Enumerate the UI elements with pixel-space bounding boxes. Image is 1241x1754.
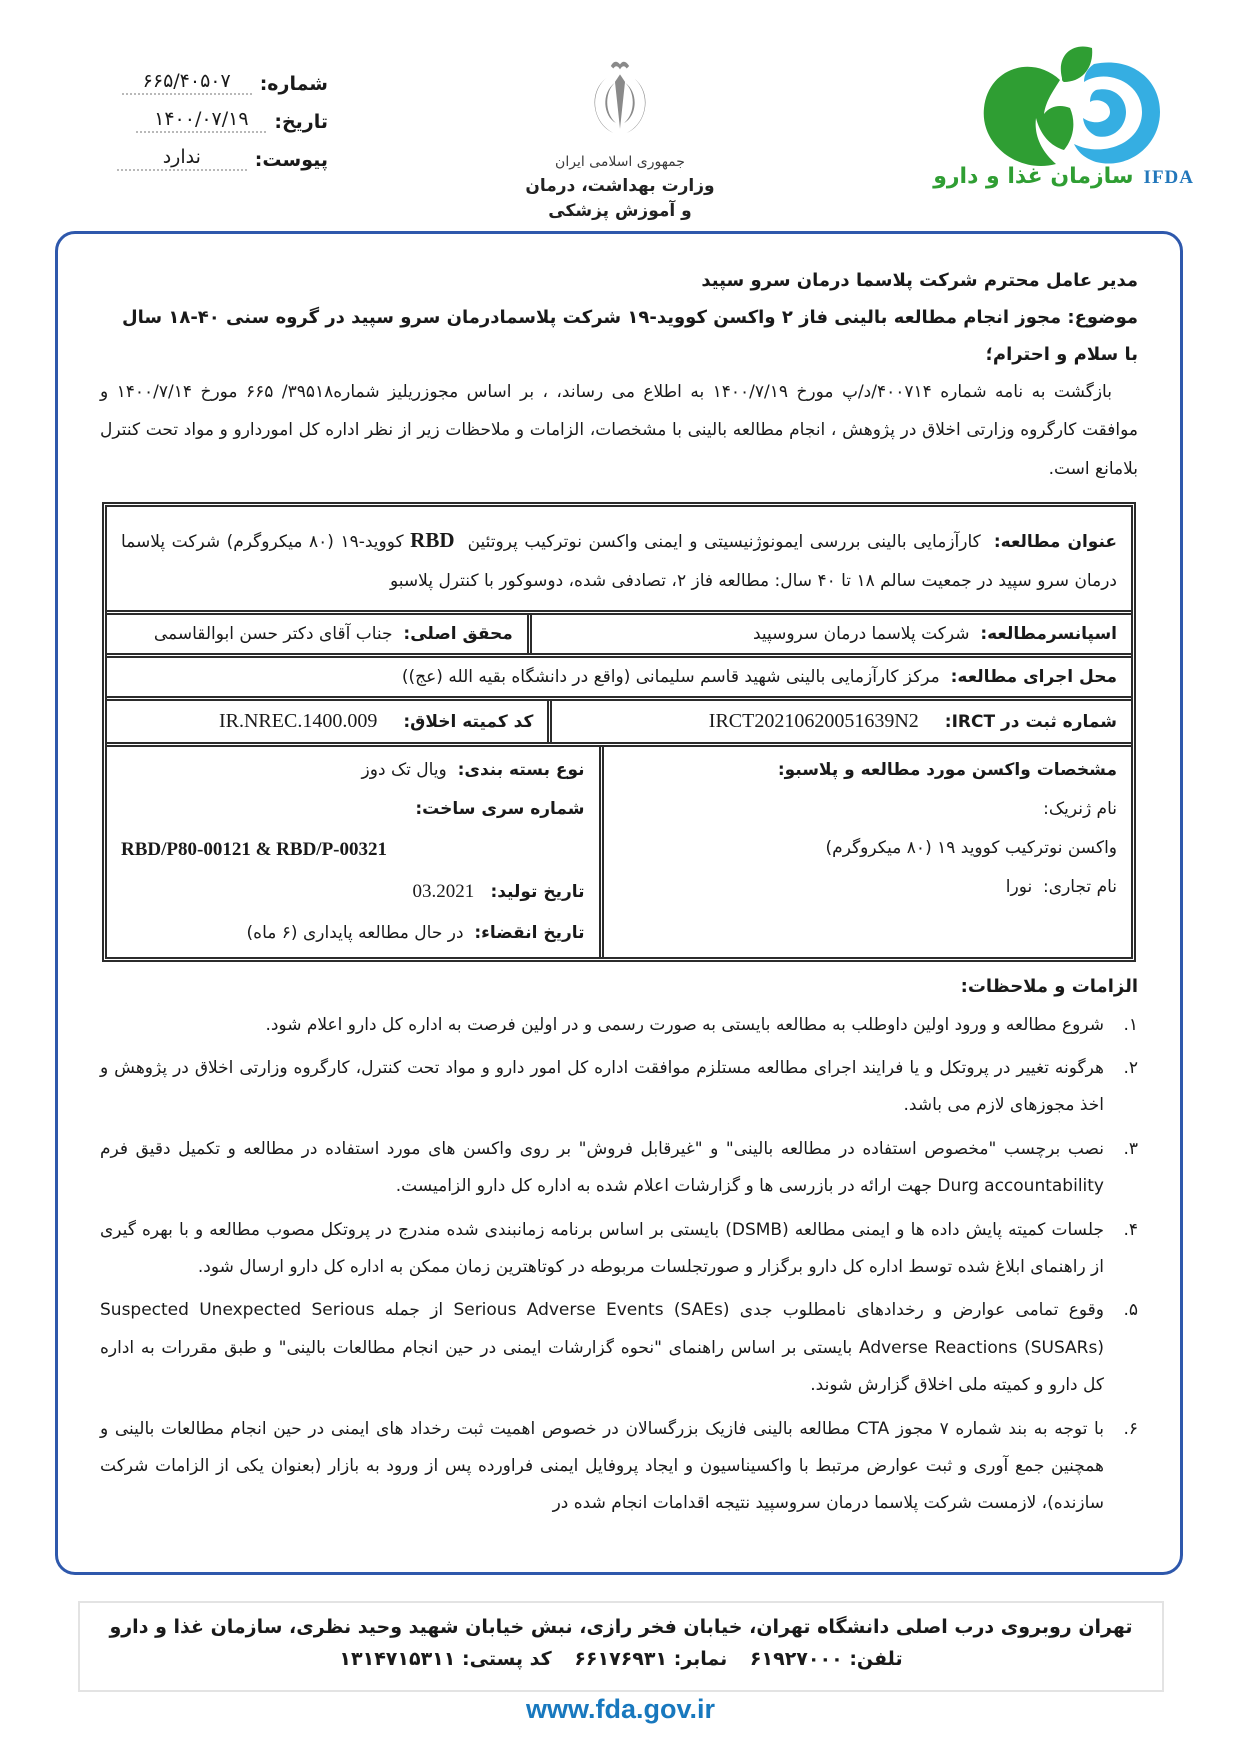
- fax-label: نمابر:: [674, 1648, 728, 1670]
- study-details-table: عنوان مطالعه: کارآزمایی بالینی بررسی ایم…: [102, 502, 1136, 962]
- fax-value: ۶۶۱۷۶۹۳۱: [574, 1648, 667, 1670]
- requirement-text: جلسات کمیته پایش داده ها و ایمنی مطالعه …: [100, 1212, 1104, 1287]
- footer-address-line: تهران روبروی درب اصلی دانشگاه تهران، خیا…: [80, 1616, 1162, 1638]
- postal-code-label: کد پستی:: [462, 1648, 552, 1670]
- requirement-text: وقوع تمامی عوارض و رخدادهای نامطلوب جدی …: [100, 1292, 1104, 1404]
- ministry-header: جمهوری اسلامی ایران وزارت بهداشت، درمان …: [488, 56, 752, 223]
- letter-attachment-value: ندارد: [117, 146, 247, 171]
- ifda-fa-name: سازمان غذا و دارو: [933, 164, 1133, 189]
- letter-opening-paragraph: بازگشت به نامه شماره ۴۰۰۷۱۴/د/پ مورخ ۱۴۰…: [100, 373, 1138, 488]
- ministry-name-line2: و آموزش پزشکی: [488, 199, 752, 224]
- sponsor-cell: اسپانسرمطالعه: شرکت پلاسما درمان سروسپید: [527, 615, 1131, 653]
- package-type-label: نوع بسته بندی:: [458, 760, 585, 780]
- irct-cell: شماره ثبت در IRCT: IRCT20210620051639N2: [547, 701, 1131, 742]
- vaccine-specs-title: مشخصات واکسن مورد مطالعه و پلاسبو:: [618, 756, 1117, 785]
- letter-number-line: شماره: ۶۶۵/۴۰۵۰۷: [78, 70, 328, 95]
- study-title-text-1: کارآزمایی بالینی بررسی ایمونوژنیسیتی و ا…: [468, 532, 981, 552]
- sponsor-pi-row: اسپانسرمطالعه: شرکت پلاسما درمان سروسپید…: [107, 610, 1131, 653]
- footer-address-box: تهران روبروی درب اصلی دانشگاه تهران، خیا…: [78, 1601, 1164, 1692]
- letter-number-value: ۶۶۵/۴۰۵۰۷: [122, 70, 252, 95]
- letter-number-label: شماره:: [260, 73, 328, 95]
- study-site-value: مرکز کارآزمایی بالینی شهید قاسم سلیمانی …: [402, 667, 940, 687]
- requirement-text: هرگونه تغییر در پروتکل و یا فرایند اجرای…: [100, 1050, 1104, 1125]
- sponsor-label: اسپانسرمطالعه:: [980, 624, 1117, 644]
- irct-label: شماره ثبت در IRCT:: [945, 712, 1117, 732]
- brand-name-label: نام تجاری:: [1043, 877, 1117, 897]
- letter-date-line: تاریخ: ۱۴۰۰/۰۷/۱۹: [78, 108, 328, 133]
- batch-number-value: RBD/P80-00121 & RBD/P-00321: [121, 834, 585, 866]
- recipient-line: مدیر عامل محترم شرکت پلاسما درمان سرو سپ…: [100, 270, 1138, 291]
- postal-code-value: ۱۳۱۴۷۱۵۳۱۱: [339, 1648, 455, 1670]
- ethics-code-value: IR.NREC.1400.009: [219, 710, 377, 733]
- letter-date-label: تاریخ:: [274, 111, 328, 133]
- ifda-logo-block: سازمان غذا و دارو IFDA: [838, 46, 1198, 189]
- phone-label: تلفن:: [849, 1648, 902, 1670]
- fda-website-link[interactable]: www.fda.gov.ir: [0, 1694, 1241, 1725]
- iran-emblem-icon: [578, 56, 662, 148]
- generic-name-value: واکسن نوترکیب کووید ۱۹ (۸۰ میکروگرم): [618, 834, 1117, 863]
- production-date-value: 03.2021: [412, 881, 474, 902]
- requirement-number: ۵.: [1104, 1292, 1138, 1404]
- brand-name-value: نورا: [1006, 877, 1032, 897]
- production-date-label: تاریخ تولید:: [490, 882, 584, 902]
- study-title-label: عنوان مطالعه:: [994, 532, 1117, 552]
- requirement-item-2: ۲. هرگونه تغییر در پروتکل و یا فرایند اج…: [100, 1050, 1138, 1125]
- ethics-code-label: کد کمیته اخلاق:: [403, 712, 533, 732]
- letter-body-box: مدیر عامل محترم شرکت پلاسما درمان سرو سپ…: [55, 231, 1183, 1575]
- requirement-item-4: ۴. جلسات کمیته پایش داده ها و ایمنی مطال…: [100, 1212, 1138, 1287]
- requirements-heading: الزامات و ملاحظات:: [100, 976, 1138, 997]
- batch-number-label: شماره سری ساخت:: [121, 795, 585, 824]
- letter-date-value: ۱۴۰۰/۰۷/۱۹: [136, 108, 266, 133]
- subject-line: موضوع: مجوز انجام مطالعه بالینی فاز ۲ وا…: [100, 307, 1138, 328]
- ministry-name-line1: وزارت بهداشت، درمان: [488, 174, 752, 199]
- requirement-number: ۴.: [1104, 1212, 1138, 1287]
- phone-value: ۶۱۹۲۷۰۰۰: [750, 1648, 843, 1670]
- principal-investigator-cell: محقق اصلی: جناب آقای دکتر حسن ابوالقاسمی: [107, 615, 527, 653]
- requirement-number: ۱.: [1104, 1007, 1138, 1044]
- expiry-date-value: در حال مطالعه پایداری (۶ ماه): [247, 923, 464, 943]
- letter-meta: شماره: ۶۶۵/۴۰۵۰۷ تاریخ: ۱۴۰۰/۰۷/۱۹ پیوست…: [78, 70, 328, 184]
- footer-contact-line: تلفن: ۶۱۹۲۷۰۰۰ نمابر: ۶۶۱۷۶۹۳۱ کد پستی: …: [80, 1648, 1162, 1670]
- requirement-text: شروع مطالعه و ورود اولین داوطلب به مطالع…: [100, 1007, 1104, 1044]
- requirement-number: ۲.: [1104, 1050, 1138, 1125]
- ifda-acronym: IFDA: [1144, 167, 1194, 189]
- requirement-item-3: ۳. نصب برچسب "مخصوص استفاده در مطالعه با…: [100, 1131, 1138, 1206]
- expiry-date-label: تاریخ انقضاء:: [474, 923, 584, 943]
- registration-row: شماره ثبت در IRCT: IRCT20210620051639N2 …: [107, 696, 1131, 742]
- brand-name-line: نام تجاری: نورا: [618, 873, 1117, 902]
- package-type-line: نوع بسته بندی: ویال تک دوز: [121, 756, 585, 785]
- principal-investigator-value: جناب آقای دکتر حسن ابوالقاسمی: [154, 624, 393, 644]
- study-title-row: عنوان مطالعه: کارآزمایی بالینی بررسی ایم…: [107, 507, 1131, 611]
- letter-attachment-label: پیوست:: [255, 149, 328, 171]
- study-site-cell: محل اجرای مطالعه: مرکز کارآزمایی بالینی …: [107, 658, 1131, 696]
- packaging-batch-cell: نوع بسته بندی: ویال تک دوز شماره سری ساخ…: [107, 747, 599, 956]
- study-site-row: محل اجرای مطالعه: مرکز کارآزمایی بالینی …: [107, 653, 1131, 696]
- requirement-number: ۶.: [1104, 1411, 1138, 1523]
- ifda-logo-caption-row: سازمان غذا و دارو IFDA: [838, 164, 1198, 189]
- generic-name-label: نام ژنریک:: [618, 795, 1117, 824]
- requirement-text: با توجه به بند شماره ۷ مجوز CTA مطالعه ب…: [100, 1411, 1104, 1523]
- irct-value: IRCT20210620051639N2: [709, 710, 919, 733]
- study-title-rbd: RBD: [410, 528, 454, 552]
- study-site-label: محل اجرای مطالعه:: [951, 667, 1117, 687]
- ifda-apple-logo-icon: [956, 46, 1166, 178]
- production-date-line: تاریخ تولید: 03.2021: [121, 876, 585, 908]
- ethics-code-cell: کد کمیته اخلاق: IR.NREC.1400.009: [107, 701, 547, 742]
- letter-attachment-line: پیوست: ندارد: [78, 146, 328, 171]
- vaccine-specs-row: مشخصات واکسن مورد مطالعه و پلاسبو: نام ژ…: [107, 742, 1131, 956]
- official-letter-page: { "colors": { "box_border": "#2e58ac", "…: [0, 0, 1241, 1754]
- country-name: جمهوری اسلامی ایران: [488, 154, 752, 170]
- requirement-number: ۳.: [1104, 1131, 1138, 1206]
- salutation-line: با سلام و احترام؛: [100, 344, 1138, 365]
- principal-investigator-label: محقق اصلی:: [403, 624, 512, 644]
- expiry-date-line: تاریخ انقضاء: در حال مطالعه پایداری (۶ م…: [121, 919, 585, 948]
- sponsor-value: شرکت پلاسما درمان سروسپید: [753, 624, 970, 644]
- package-type-value: ویال تک دوز: [362, 760, 447, 780]
- requirement-item-6: ۶. با توجه به بند شماره ۷ مجوز CTA مطالع…: [100, 1411, 1138, 1523]
- vaccine-specs-cell: مشخصات واکسن مورد مطالعه و پلاسبو: نام ژ…: [599, 747, 1131, 956]
- requirement-item-1: ۱. شروع مطالعه و ورود اولین داوطلب به مط…: [100, 1007, 1138, 1044]
- requirement-item-5: ۵. وقوع تمامی عوارض و رخدادهای نامطلوب ج…: [100, 1292, 1138, 1404]
- requirement-text: نصب برچسب "مخصوص استفاده در مطالعه بالین…: [100, 1131, 1104, 1206]
